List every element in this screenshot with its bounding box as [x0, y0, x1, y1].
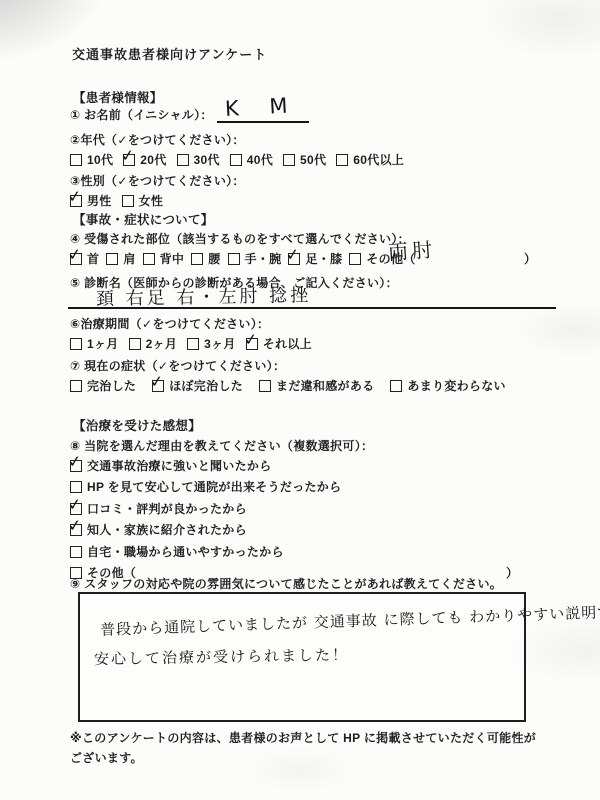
q8-option-row-5: 自宅・職場から通いやすかったから: [70, 543, 294, 560]
option-label: 2ヶ月: [146, 335, 178, 352]
checkbox-icon: [152, 380, 164, 392]
checkbox-icon: [259, 380, 271, 392]
checkbox-icon: [70, 195, 82, 207]
checkbox-icon: [336, 154, 348, 166]
option-label: HP を見て安心して通院が出来そうだったから: [87, 478, 341, 495]
checkbox-icon: [70, 460, 82, 472]
checkbox-icon: [230, 154, 242, 166]
checkbox-icon: [70, 253, 82, 265]
checkbox-option-convenient-location: 自宅・職場から通いやすかったから: [70, 543, 284, 560]
section-heading-impressions: 【治療を受けた感想】: [73, 416, 201, 434]
option-label: 女性: [139, 192, 164, 209]
checkbox-icon: [143, 253, 155, 265]
question-4-label: ④ 受傷された部位（該当するものをすべて選んでください）：: [70, 230, 410, 247]
answer-underline: [68, 307, 556, 309]
checkbox-icon: [177, 154, 189, 166]
checkbox-option-50s: 50代: [283, 151, 326, 168]
question-7-options: 完治した ほぼ完治した まだ違和感がある あまり変わらない: [70, 377, 522, 394]
checkbox-icon: [70, 524, 82, 536]
checkbox-icon: [349, 253, 361, 265]
checkbox-option-strong-in-accident-care: 交通事故治療に強いと聞いたから: [70, 457, 272, 474]
checkbox-icon: [123, 154, 135, 166]
checkbox-option-male: 男性: [70, 192, 112, 209]
q8-option-row-1: 交通事故治療に強いと聞いたから: [70, 457, 282, 474]
question-6-label: ⑥治療期間（✓をつけてください）：: [70, 315, 269, 332]
checkbox-option-leg-knee: 足・膝: [288, 250, 342, 267]
question-8-label: ⑧ 当院を選んだ理由を教えてください（複数選択可）：: [70, 437, 373, 454]
q8-option-row-3: 口コミ・評判が良かったから: [70, 500, 257, 517]
checkbox-icon: [122, 195, 134, 207]
option-label: 腰: [208, 250, 220, 267]
checkbox-option-back: 背中: [143, 250, 185, 267]
handwritten-comment-line1: 普段から通院していましたが 交通事故 に際しても わかりやすい説明で: [100, 601, 600, 640]
checkbox-icon: [246, 338, 258, 350]
option-label: 背中: [160, 250, 185, 267]
checkbox-option-1month: 1ヶ月: [70, 335, 119, 352]
checkbox-icon: [288, 253, 300, 265]
page-title: 交通事故患者様向けアンケート: [72, 44, 267, 63]
close-paren: ）: [506, 564, 518, 581]
checkbox-option-neck: 首: [70, 250, 99, 267]
checkbox-option-almost-recovered: ほぼ完治した: [152, 377, 243, 394]
checkbox-option-2months: 2ヶ月: [129, 335, 178, 352]
checkbox-icon: [70, 503, 82, 515]
free-comment-box: 普段から通院していましたが 交通事故 に際しても わかりやすい説明で 安心して治…: [78, 592, 526, 722]
checkbox-option-10s: 10代: [70, 151, 113, 168]
option-label: 肩: [123, 250, 135, 267]
question-6-options: 1ヶ月 2ヶ月 3ヶ月 それ以上: [70, 335, 322, 352]
scanned-questionnaire-sheet: 交通事故患者様向けアンケート 【患者様情報】 ① お名前（イニシャル）： K M…: [0, 0, 600, 800]
checkbox-option-hand-arm: 手・腕: [228, 250, 282, 267]
checkbox-option-reputation: 口コミ・評判が良かったから: [70, 500, 247, 517]
question-4-options: 首 肩 背中 腰 手・腕 足・膝 その他（: [70, 250, 423, 267]
question-2-label: ②年代（✓をつけてください）：: [70, 131, 245, 148]
checkbox-option-20s: 20代: [123, 151, 166, 168]
checkbox-icon: [70, 481, 82, 493]
question-3-label: ③性別（✓をつけてください）：: [70, 172, 245, 189]
checkbox-option-still-discomfort: まだ違和感がある: [259, 377, 374, 394]
handwritten-other-body-part: 両肘: [387, 233, 437, 265]
section-heading-patient-info: 【患者様情報】: [73, 88, 163, 106]
option-label: 知人・家族に紹介されたから: [87, 521, 247, 538]
checkbox-option-female: 女性: [122, 192, 164, 209]
option-label: 完治した: [87, 377, 136, 394]
checkbox-option-waist: 腰: [191, 250, 220, 267]
option-label: 3ヶ月: [204, 335, 236, 352]
option-label: ほぼ完治した: [169, 377, 243, 394]
checkbox-icon: [70, 380, 82, 392]
q8-option-row-2: HP を見て安心して通院が出来そうだったから: [70, 478, 351, 495]
answer-underline: K M: [217, 107, 309, 123]
option-label: 手・腕: [245, 250, 282, 267]
checkbox-option-more: それ以上: [246, 335, 312, 352]
question-7-label: ⑦ 現在の症状（✓をつけてください）：: [70, 357, 285, 374]
option-label: 男性: [87, 192, 112, 209]
checkbox-icon: [228, 253, 240, 265]
option-label: 10代: [87, 151, 113, 168]
option-label: 首: [87, 250, 99, 267]
option-label: 20代: [140, 151, 166, 168]
checkbox-option-3months: 3ヶ月: [187, 335, 236, 352]
checkbox-option-60s-plus: 60代以上: [336, 151, 404, 168]
question-2-options: 10代 20代 30代 40代 50代 60代以上: [70, 151, 414, 168]
checkbox-icon: [70, 154, 82, 166]
option-label: 交通事故治療に強いと聞いたから: [87, 457, 272, 474]
checkbox-option-30s: 30代: [177, 151, 220, 168]
checkbox-icon: [283, 154, 295, 166]
footer-note: ※このアンケートの内容は、患者様のお声として HP に掲載させていただく可能性が…: [70, 728, 548, 768]
option-label: それ以上: [263, 335, 312, 352]
option-label: 口コミ・評判が良かったから: [87, 500, 247, 517]
option-label: 60代以上: [353, 151, 404, 168]
checkbox-icon: [191, 253, 203, 265]
option-label: 1ヶ月: [87, 335, 119, 352]
checkbox-option-referral: 知人・家族に紹介されたから: [70, 521, 247, 538]
q8-option-row-4: 知人・家族に紹介されたから: [70, 521, 257, 538]
option-label: 50代: [300, 151, 326, 168]
checkbox-option-40s: 40代: [230, 151, 273, 168]
question-9-label: ⑨ スタッフの対応や院の雰囲気について感じたことがあれば教えてください。: [70, 575, 502, 592]
checkbox-icon: [129, 338, 141, 350]
checkbox-option-no-change: あまり変わらない: [390, 377, 505, 394]
checkbox-option-website: HP を見て安心して通院が出来そうだったから: [70, 478, 341, 495]
checkbox-icon: [390, 380, 402, 392]
question-3-options: 男性 女性: [70, 192, 173, 209]
section-heading-accident: 【事故・症状について】: [73, 210, 214, 228]
checkbox-option-shoulder: 肩: [106, 250, 135, 267]
handwritten-initials: K M: [224, 93, 300, 121]
checkbox-icon: [106, 253, 118, 265]
checkbox-option-fully-recovered: 完治した: [70, 377, 136, 394]
checkbox-icon: [187, 338, 199, 350]
question-1-label: ① お名前（イニシャル）：: [70, 106, 213, 123]
option-label: 30代: [194, 151, 220, 168]
option-label: あまり変わらない: [407, 377, 505, 394]
question-1-name: ① お名前（イニシャル）： K M: [70, 106, 309, 123]
handwritten-comment-line2: 安心して治療が受けられました！: [94, 644, 349, 669]
option-label: 40代: [247, 151, 273, 168]
close-paren: ）: [524, 250, 536, 267]
option-label: 自宅・職場から通いやすかったから: [87, 543, 284, 560]
checkbox-icon: [70, 546, 82, 558]
option-label: 足・膝: [305, 250, 342, 267]
option-label: まだ違和感がある: [276, 377, 374, 394]
checkbox-icon: [70, 338, 82, 350]
